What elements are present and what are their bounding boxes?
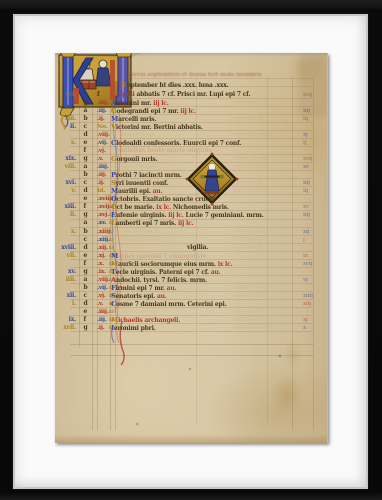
day-count: .iiij.: [97, 308, 109, 316]
feast-entry: Ieronimi pbri.: [111, 324, 156, 333]
feast-text: au.: [151, 188, 163, 195]
feast-text: enatoris epi.: [116, 293, 156, 300]
golden-number: i.: [56, 300, 76, 308]
ferial-letter: e: [84, 139, 88, 147]
margin-showthrough-numeral: ix: [303, 252, 323, 260]
showthrough-text: kl octob sci: [122, 131, 154, 139]
feast-text: lodoaldi confessoris. Euurcii epi 7 conf…: [116, 140, 241, 147]
showthrough-text: epi conf iij: [233, 179, 263, 187]
margin-showthrough-numeral: j: [303, 236, 323, 244]
ferial-letter: b: [84, 171, 88, 179]
ferial-letter: e: [84, 252, 88, 260]
feast-text: rothi 7 iacincti mrm.: [116, 172, 182, 179]
feast-text: iij lc.: [176, 220, 193, 227]
day-count: .ij.: [97, 115, 105, 123]
ferial-letter: f: [84, 260, 86, 268]
feast-text: yri iuuentii conf.: [116, 180, 169, 187]
ferial-letter: a: [84, 107, 88, 115]
showthrough-text: epi conf iij: [233, 308, 263, 316]
ferial-letter: e: [84, 308, 88, 316]
margin-showthrough-numeral: xj: [303, 316, 323, 324]
ferial-letter: e: [84, 195, 88, 203]
ferial-letter: g: [84, 268, 88, 276]
golden-number: ix.: [56, 316, 76, 324]
margin-showthrough-numeral: xiij: [303, 300, 323, 308]
framed-manuscript-photo: Tercia septembris et denus fert mala mem…: [0, 0, 382, 500]
feast-text: aurilii epi.: [118, 188, 151, 195]
day-count: .ij.: [97, 179, 105, 187]
showthrough-text: um osim conf: [233, 324, 271, 332]
feast-text: ichaelis archangeli.: [118, 317, 180, 324]
day-count: .iij.: [97, 107, 107, 115]
feast-entry: Natiuitas beate marie uirginis: [116, 147, 212, 155]
ferial-letter: b: [84, 284, 88, 292]
golden-number: x.: [56, 228, 76, 236]
margin-showthrough-numeral: xj: [303, 131, 323, 139]
golden-number: xvi.: [56, 91, 76, 99]
margin-showthrough-numeral: xvij: [303, 260, 323, 268]
feast-text: ndochii. tyrsi. 7 felicis. mrm.: [116, 277, 207, 284]
feast-text: Lucie 7 geminiani. mrm.: [184, 212, 264, 219]
ferial-letter: f: [84, 147, 86, 155]
day-count: .viij.: [97, 276, 110, 284]
margin-showthrough-numeral: xv: [303, 203, 323, 211]
day-count: .xiij.: [97, 236, 110, 244]
feast-text: iij lc.: [179, 108, 196, 115]
margin-showthrough-numeral: vj: [303, 276, 323, 284]
day-count: .viij.: [97, 131, 110, 139]
showthrough-text: sci mrm eius: [122, 236, 158, 244]
ferial-letter: c: [84, 292, 87, 300]
showthrough-text: epi et mris ix: [122, 228, 159, 236]
ferial-letter: g: [84, 155, 88, 163]
day-count: .ij.: [97, 324, 105, 332]
golden-number: iiii.: [56, 276, 76, 284]
day-count: Id.: [97, 187, 105, 195]
golden-number: ii.: [56, 211, 76, 219]
feast-text: ct be marie.: [117, 204, 155, 211]
day-count: .xij.: [97, 244, 108, 252]
feast-text: vigilia.: [187, 244, 208, 251]
margin-showthrough-numeral: xij: [303, 228, 323, 236]
day-count: .iij.: [97, 171, 107, 179]
showthrough-text: epi conf iij: [233, 244, 263, 252]
ferial-letter: a: [84, 219, 88, 227]
margin-showthrough-numeral: iiij: [303, 211, 323, 219]
golden-number: vii.: [56, 252, 76, 260]
margin-showthrough-numeral: xvij: [303, 155, 323, 163]
golden-number: xvii.: [56, 324, 76, 332]
ferial-letter: d: [84, 300, 88, 308]
showthrough-text: abbis et conf: [122, 308, 158, 316]
golden-number: xvi.: [56, 179, 76, 187]
feast-text: au.: [165, 285, 177, 292]
day-count: .v.: [97, 300, 103, 308]
day-count: .iij.: [97, 316, 107, 324]
day-count: .x.: [97, 260, 104, 268]
day-count: .vij.: [97, 139, 108, 147]
ferial-letter: c: [84, 123, 87, 131]
margin-showthrough-numeral: iij: [303, 115, 323, 123]
feast-text: ix lc.: [216, 261, 233, 268]
margin-showthrough-numeral: ij: [303, 139, 323, 147]
feast-text: ufemie uirginis.: [116, 212, 166, 219]
showthrough-text: uirg mrm kl: [233, 163, 267, 171]
showthrough-text: mrm eius vj: [233, 316, 266, 324]
ferial-letter: d: [84, 244, 88, 252]
ferial-letter: f: [84, 203, 86, 211]
showthrough-text: uirg mrm kl: [233, 228, 267, 236]
feast-text: ecle uirginis. Paterni epi 7 cf.: [116, 269, 209, 276]
ferial-letter: c: [84, 179, 87, 187]
golden-number: xiii.: [56, 115, 76, 123]
margin-showthrough-numeral: xvij: [303, 91, 323, 99]
day-count: .xj.: [97, 252, 106, 260]
golden-number: xii.: [56, 292, 76, 300]
feast-text: Natiuitas beate marie uirginis: [116, 147, 212, 154]
day-count: .vj.: [97, 292, 106, 300]
margin-showthrough-numeral: iij: [303, 187, 323, 195]
ferial-letter: b: [84, 228, 88, 236]
showthrough-text: epi conf iij: [233, 115, 263, 123]
feast-text: iij lc.: [151, 100, 168, 107]
margin-showthrough-numeral: iiij: [303, 107, 323, 115]
feast-text: Nichomedis mris.: [171, 204, 229, 211]
day-count: .vj.: [97, 147, 106, 155]
feast-text: ix lc.: [154, 204, 171, 211]
feast-text: iij lc.: [166, 212, 183, 219]
showthrough-text: uirg mrm kl: [233, 99, 267, 107]
ferial-letter: g: [84, 211, 88, 219]
feast-text: ntonini mr.: [116, 100, 151, 107]
showthrough-text: abbis et conf: [233, 155, 269, 163]
ferial-letter: b: [84, 115, 88, 123]
feast-entry: Egidii abbatis 7 cf. Prisci mr. Lupi epi…: [116, 91, 250, 99]
ferial-letter: f: [97, 91, 99, 99]
feast-text: ctobris. Exaltatio sancte crucis.: [117, 196, 217, 203]
day-count: .iiij.: [97, 99, 109, 107]
feast-text: athei apostoli 7 ewangeliste: [118, 253, 207, 260]
showthrough-text: um osim conf: [233, 131, 271, 139]
feast-text: odegrandi epi 7 mr.: [116, 108, 178, 115]
day-count: No.: [97, 123, 107, 131]
feast-text: abbatis 7 cf. Prisci mr. Lupi epi 7 cf.: [135, 91, 251, 98]
golden-number: xv.: [56, 268, 76, 276]
calendar-grid: xvi.fEgidii abbatis 7 cf. Prisci mr. Lup…: [55, 53, 327, 443]
feast-text: ictorini mr. Bertini abbatis.: [116, 124, 203, 131]
ferial-letter: f: [84, 316, 86, 324]
day-count: .iiij.: [97, 163, 109, 171]
day-count: .xv.: [97, 219, 106, 227]
manuscript-page: Tercia septembris et denus fert mala mem…: [55, 53, 328, 443]
feast-text: irmini epi 7 mr.: [115, 285, 164, 292]
feast-text: au.: [155, 293, 167, 300]
day-count: .vij.: [97, 284, 108, 292]
golden-number: xviii.: [56, 244, 76, 252]
showthrough-text: epi et mris ix: [122, 163, 159, 171]
golden-number: ii.: [56, 123, 76, 131]
feast-text: au.: [209, 269, 221, 276]
feast-text: arcelli mris.: [118, 116, 156, 123]
day-count: .ix.: [97, 268, 106, 276]
ferial-letter: a: [84, 163, 88, 171]
day-count: .xvj.: [97, 211, 109, 219]
golden-number: v.: [56, 99, 76, 107]
ferial-letter: a: [84, 276, 88, 284]
feast-text: amberti epi 7 mris.: [115, 220, 176, 227]
feast-text: orgonii mris.: [116, 156, 157, 163]
golden-number: viii.: [56, 163, 76, 171]
margin-showthrough-numeral: xiiij: [303, 292, 323, 300]
feast-text: eronimi pbri.: [114, 325, 156, 332]
showthrough-text: uirg mrm kl: [233, 292, 267, 300]
golden-number: x.: [56, 139, 76, 147]
showthrough-text: kl octob sci: [233, 236, 265, 244]
ferial-letter: c: [84, 236, 87, 244]
feast-text: auricii sociorumque eius mrm.: [118, 261, 216, 268]
margin-showthrough-numeral: iiij: [303, 179, 323, 187]
ferial-letter: d: [84, 187, 88, 195]
feast-text: Egidii: [116, 91, 135, 98]
golden-number: xix.: [56, 155, 76, 163]
margin-showthrough-numeral: x: [303, 324, 323, 332]
golden-number: xiii.: [56, 203, 76, 211]
kl-mark: kl: [109, 237, 114, 245]
ferial-letter: d: [84, 131, 88, 139]
showthrough-text: abbis et conf: [233, 284, 269, 292]
feast-entry: vigilia.: [187, 244, 208, 252]
margin-showthrough-numeral: xv: [303, 163, 323, 171]
ferial-letter: g: [84, 324, 88, 332]
day-count: .v.: [97, 155, 103, 163]
feast-text: osme 7 damiani mrm. Ceterini epi.: [116, 301, 226, 308]
showthrough-text: mrm eius vj: [233, 187, 266, 195]
golden-number: v.: [56, 187, 76, 195]
ferial-letter: g: [84, 99, 88, 107]
